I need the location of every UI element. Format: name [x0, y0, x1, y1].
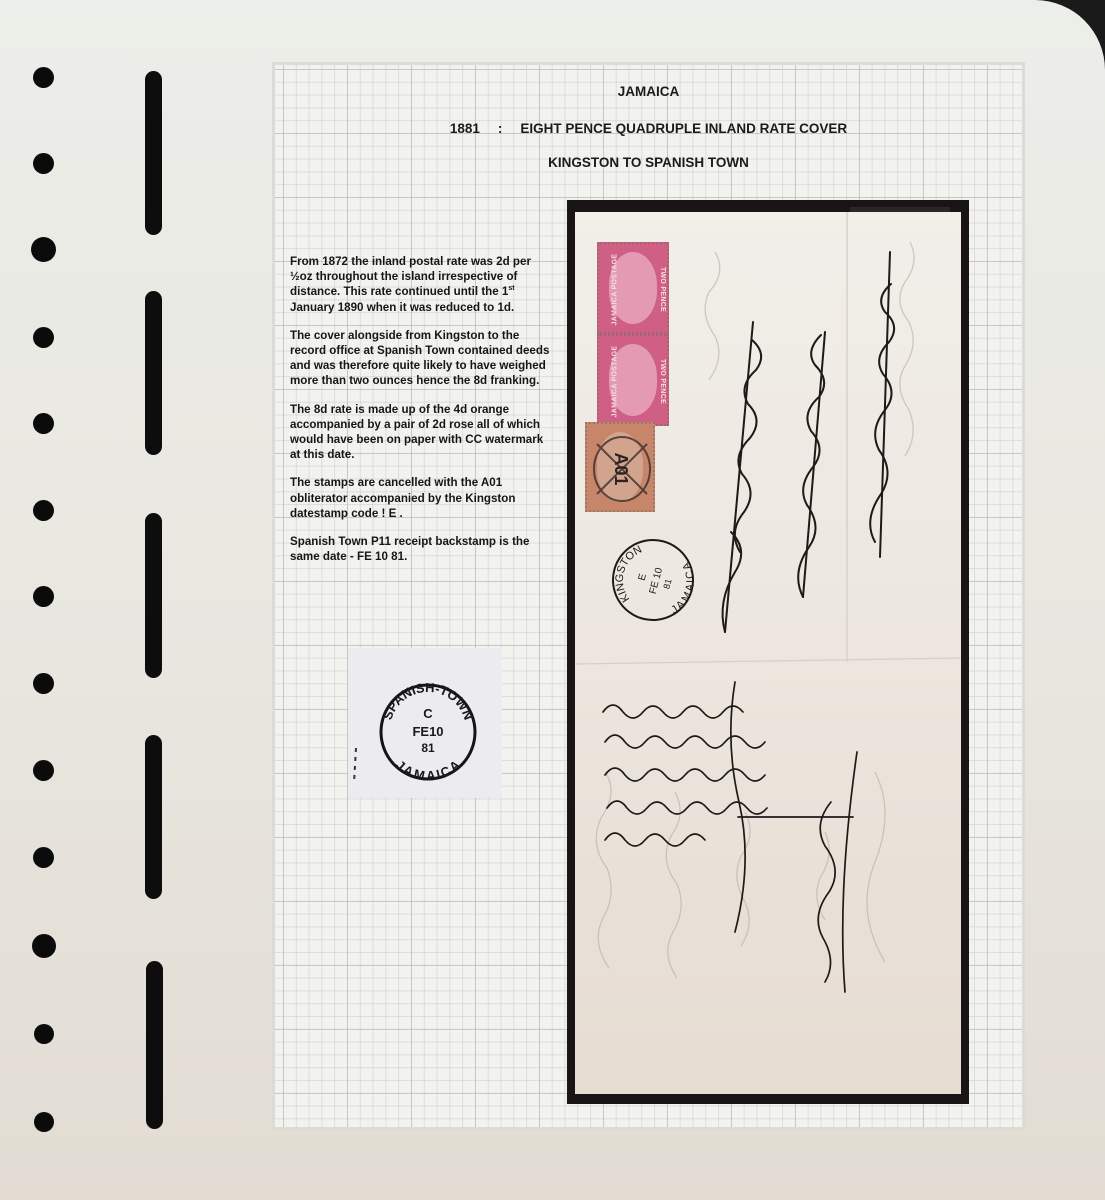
description-paragraph: The 8d rate is made up of the 4d orange … [290, 402, 550, 463]
description-paragraph: From 1872 the inland postal rate was 2d … [290, 254, 550, 315]
binder-hole [32, 934, 56, 958]
stamp-label: JAMAICA POSTAGE [611, 346, 618, 418]
description: From 1872 the inland postal rate was 2d … [290, 254, 550, 577]
binder-slot [145, 513, 162, 678]
page-subtitle: 1881:EIGHT PENCE QUADRUPLE INLAND RATE C… [272, 121, 1025, 136]
binder-slot [145, 735, 162, 899]
binder-hole [33, 327, 54, 348]
binder-hole [33, 500, 54, 521]
subtitle-text: EIGHT PENCE QUADRUPLE INLAND RATE COVER [520, 121, 847, 136]
stamp-value: TWO PENCE [659, 359, 666, 404]
binder-hole [33, 760, 54, 781]
page-route: KINGSTON TO SPANISH TOWN [272, 155, 1025, 170]
stamp-2d-rose: JAMAICA POSTAGE TWO PENCE [597, 334, 669, 426]
description-paragraph: Spanish Town P11 receipt backstamp is th… [290, 534, 550, 564]
svg-text:FE10: FE10 [412, 724, 443, 739]
stamp-value: TWO PENCE [659, 267, 666, 312]
binder-hole [33, 67, 54, 88]
binder-hole [34, 1024, 54, 1044]
page-title: JAMAICA [272, 84, 1025, 99]
svg-text:C: C [423, 706, 433, 721]
binder-hole [33, 673, 54, 694]
subtitle-separator: : [498, 121, 503, 136]
spanish-town-postmark-icon: SPANISH-TOWN JAMAICA C FE10 81 [348, 648, 502, 798]
svg-text:81: 81 [661, 578, 673, 590]
postal-cover: JAMAICA POSTAGE TWO PENCE JAMAICA POSTAG… [575, 212, 961, 1094]
kingston-datestamp-icon: KINGSTON JAMAICA E FE 10 81 [603, 530, 703, 630]
stamp-2d-rose: JAMAICA POSTAGE TWO PENCE [597, 242, 669, 334]
stamp-4d-orange: A01 [585, 422, 655, 512]
binder-slot [145, 71, 162, 235]
svg-text:JAMAICA: JAMAICA [667, 557, 703, 620]
binder-hole [31, 237, 56, 262]
binder-hole [33, 153, 54, 174]
obliterator-a01-icon: A01 [587, 424, 657, 514]
album-page: JAMAICA 1881:EIGHT PENCE QUADRUPLE INLAN… [0, 0, 1105, 1200]
binder-hole [33, 586, 54, 607]
paragraph-text: January 1890 when it was reduced to 1d. [290, 301, 514, 314]
paragraph-text: From 1872 the inland postal rate was 2d … [290, 255, 531, 298]
stamp-label: JAMAICA POSTAGE [611, 254, 618, 326]
binder-hole [33, 413, 54, 434]
description-paragraph: The cover alongside from Kingston to the… [290, 328, 550, 389]
svg-text:JAMAICA: JAMAICA [393, 757, 464, 783]
backstamp-image: SPANISH-TOWN JAMAICA C FE10 81 [348, 648, 502, 798]
binder-slot [146, 961, 163, 1129]
svg-text:A01: A01 [611, 452, 631, 485]
svg-text:E: E [637, 572, 649, 582]
description-paragraph: The stamps are cancelled with the A01 ob… [290, 475, 550, 521]
svg-text:81: 81 [421, 741, 435, 755]
binder-hole [33, 847, 54, 868]
binder-hole [34, 1112, 54, 1132]
ordinal-suffix: st [508, 286, 514, 293]
subtitle-year: 1881 [450, 121, 480, 136]
binder-slot [145, 291, 162, 455]
